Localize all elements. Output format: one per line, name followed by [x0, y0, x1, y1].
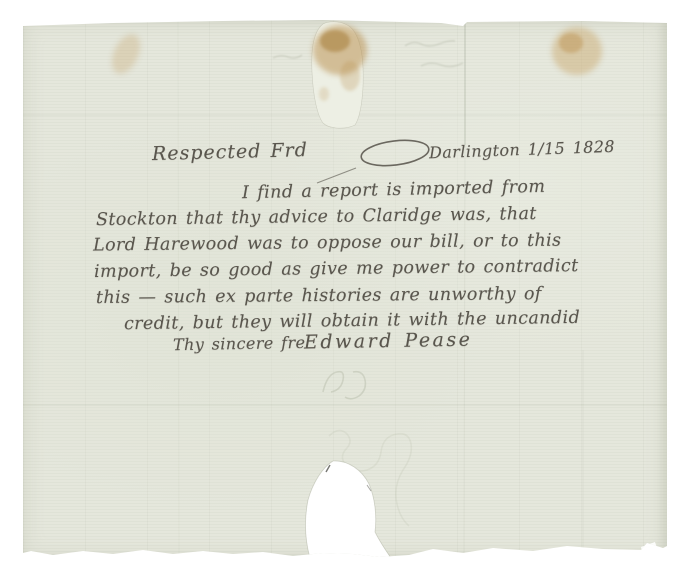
left-stain	[106, 30, 146, 78]
salutation: Respected Frd	[152, 139, 308, 165]
letter-paper: Respected Frd Darlington 1/15 1828 I fin…	[23, 20, 667, 558]
torn-hole	[306, 461, 659, 558]
flourish-oval	[317, 137, 430, 183]
ghost-writing-marks	[273, 41, 463, 67]
photo-background: Respected Frd Darlington 1/15 1828 I fin…	[0, 0, 690, 576]
closing: Thy sincere fre	[173, 333, 306, 354]
signature: Edward Pease	[304, 329, 473, 354]
body-line: this — such ex parte histories are unwor…	[96, 284, 542, 308]
right-stain	[552, 27, 602, 75]
